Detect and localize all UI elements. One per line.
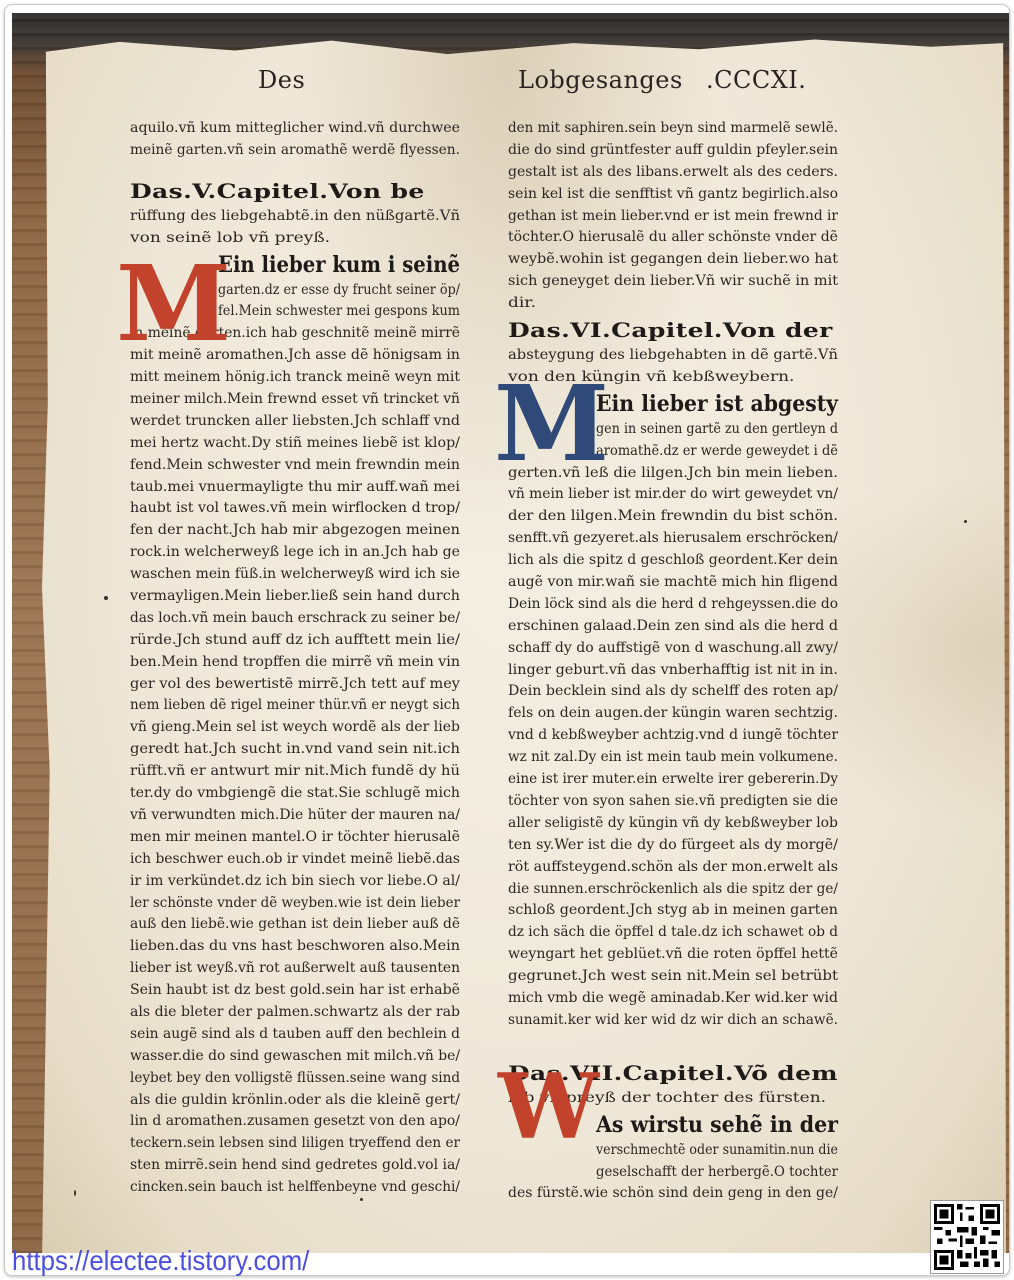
text-line: fels on dein augen.der küngin waren sech…: [508, 703, 838, 725]
text-line: Dein löck sind als die herd d rehgeyssen…: [508, 594, 838, 616]
text-line: vñ mein lieber ist mir.der do wirt gewey…: [508, 484, 838, 506]
text-line: mei hertz wacht.Dy stiñ meines liebẽ ist…: [130, 433, 460, 455]
text-line: gestalt ist als des libans.erwelt als de…: [508, 162, 838, 184]
text-line: ler schönste vnder dẽ weyben.wie ist dei…: [130, 893, 460, 915]
ink-speck: [360, 1198, 363, 1201]
text-line: lich als die spitz d geschloß geordent.K…: [508, 550, 838, 572]
text-line: ter.dy do vmbgiengẽ die stat.Sie schlugẽ…: [130, 783, 460, 805]
ink-speck: [964, 520, 967, 523]
text-line: rock.in welcherweyß lege ich in an.Jch h…: [130, 542, 460, 564]
right-column: den mit saphiren.sein beyn sind marmelẽ …: [508, 118, 838, 1205]
text-line: ger vol des bewertistẽ mirrẽ.Jch tett au…: [130, 674, 460, 696]
text-line: vermayligen.Mein lieber.ließ sein hand d…: [130, 586, 460, 608]
text-line: meiner milch.Mein frewnd esset vñ trinck…: [130, 389, 460, 411]
text-line: schloß geordent.Jch styg ab in meinen ga…: [508, 900, 838, 922]
red-initial-w: W: [498, 1062, 599, 1152]
text-line: teckern.sein lebsen sind liligen tryeffe…: [130, 1133, 460, 1155]
text-line: als die guldin krönlin.oder als die klei…: [130, 1090, 460, 1112]
text-line: sein kel ist die senfftist vñ gantz begi…: [508, 184, 838, 206]
qr-code-icon: [930, 1200, 1004, 1274]
text-line: röt auffsteygend.schön als der mon.erwel…: [508, 857, 838, 879]
text-line: Dein becklein sind als dy schelff des ro…: [508, 681, 838, 703]
blog-url-link[interactable]: https://electee.tistory.com/: [12, 1245, 309, 1277]
text-line: als die bleter der palmen.schwartz als d…: [130, 1002, 460, 1024]
text-line: vñ verwundten mich.Die hüter der mauren …: [130, 805, 460, 827]
continued-text: den mit saphiren.sein beyn sind marmelẽ …: [508, 118, 838, 315]
text-line: eine ist irer muter.ein erwelte irer geb…: [508, 769, 838, 791]
text-line: dir.: [508, 293, 838, 315]
text-line: vnd d kebßweyber achtzig.vnd d iungẽ töc…: [508, 725, 838, 747]
text-line: sten mirrẽ.sein hend sind gedretes gold.…: [130, 1155, 460, 1177]
text-line: gethan ist mein lieber.vnd er ist mein f…: [508, 206, 838, 228]
text-line: töchter von syon sahen sie.vñ predigten …: [508, 791, 838, 813]
ink-speck: [104, 596, 108, 600]
text-line: der den lilgen.Mein frewndin du bist sch…: [508, 506, 838, 528]
text-line: den mit saphiren.sein beyn sind marmelẽ …: [508, 118, 838, 140]
text-line: erschinen galaad.Dein zen sind als die h…: [508, 616, 838, 638]
text-line: mich vmb die wegẽ aminadab.Ker wid.ker w…: [508, 988, 838, 1010]
ink-speck: [74, 1190, 76, 1196]
text-line: wz nit zal.Dy ein ist mein taub mein vol…: [508, 747, 838, 769]
text-line: töchter.O hierusalẽ du aller schönste vn…: [508, 227, 838, 249]
text-line: mitt meinem hönig.ich tranck meinẽ weyn …: [130, 367, 460, 389]
text-line: schaff dy do auffstigẽ von d waschung.al…: [508, 638, 838, 660]
text-line: dz ich säch die öpffel d tale.dz ich sch…: [508, 922, 838, 944]
text-line: rüfft.vñ er antwurt mir nit.Mich fundẽ d…: [130, 761, 460, 783]
text-line: ben.Mein hend tropffen die mirrẽ vñ mein…: [130, 652, 460, 674]
text-line: ir im verkündet.dz ich bin siech vor lie…: [130, 871, 460, 893]
text-line: weybẽ.wohin ist gegangen dein lieber.wo …: [508, 249, 838, 271]
running-head-left: Des: [258, 66, 305, 94]
text-line: taub.mei vnuermayligte thu mir auff.wañ …: [130, 477, 460, 499]
text-line: fend.Mein schwester vnd mein frewndin me…: [130, 455, 460, 477]
text-line: geredt hat.Jch sucht in.vnd vand sein ni…: [130, 739, 460, 761]
text-line: aquilo.vñ kum mitteglicher wind.vñ durch…: [130, 118, 460, 140]
text-line: aller seligistẽ dy küngin vñ dy kebßweyb…: [508, 813, 838, 835]
text-line: vñ gieng.Mein sel ist weych wordẽ als de…: [130, 717, 460, 739]
text-line: sein augẽ sind als d tauben auff den bec…: [130, 1024, 460, 1046]
text-line: haubt ist vol tawes.vñ mein wirflocken d…: [130, 498, 460, 520]
text-line: auß den liebẽ.wie gethan ist dein lieber…: [130, 914, 460, 936]
chapter-subheading: rüffung des liebgehabtẽ.in den nüßgartẽ.…: [130, 206, 460, 228]
text-line: gegrunet.Jch west sein nit.Mein sel betr…: [508, 966, 838, 988]
folio-number: .CCCXI.: [706, 66, 806, 94]
text-line: rürde.Jch stund auff dz ich aufftett mei…: [130, 630, 460, 652]
text-line: meinẽ garten.vñ sein aromathẽ werdẽ flye…: [130, 140, 460, 162]
chapter-body: gerten.vñ leß die lilgen.Jch bin mein li…: [508, 463, 838, 1032]
text-line: nem lieben dẽ rigel meiner thür.vñ er ne…: [130, 695, 460, 717]
text-line: men mir meinen mantel.O ir töchter hieru…: [130, 827, 460, 849]
text-line: die sunnen.erschröckenlich als die spitz…: [508, 879, 838, 901]
chapter-heading: Das.V.Capitel.Von be: [130, 176, 460, 206]
text-line: augẽ von mir.wañ sie machtẽ mich hin fli…: [508, 572, 838, 594]
text-line: sich geneyget dein lieber.Vñ wir suchẽ i…: [508, 271, 838, 293]
chapter-body: in meinẽ garten.ich hab geschnitẽ meinẽ …: [130, 323, 460, 1199]
text-line: weyngart het geblüet.vñ die roten öpffel…: [508, 944, 838, 966]
text-line: Sein haubt ist dz best gold.sein har ist…: [130, 980, 460, 1002]
blue-initial-m: M: [494, 372, 609, 476]
text-line: geselschafft der herbergẽ.O tochter: [508, 1162, 838, 1184]
red-initial-m: M: [116, 252, 231, 356]
text-line: fen der nacht.Jch hab mir abgezogen mein…: [130, 520, 460, 542]
text-line: waschen mein füß.in welcherweyß wird ich…: [130, 564, 460, 586]
chapter-heading: Das.VI.Capitel.Von der: [508, 315, 838, 345]
text-line: des fürstẽ.wie schön sind dein geng in d…: [508, 1183, 838, 1205]
text-line: ich beschwer euch.ob ir vindet meinẽ lie…: [130, 849, 460, 871]
text-line: lin d aromathen.zusamen gesetzt von den …: [130, 1111, 460, 1133]
text-line: lieber ist weyß.vñ rot außerwelt auß tau…: [130, 958, 460, 980]
text-line: senfft.vñ gezyeret.als hierusalem erschr…: [508, 528, 838, 550]
text-line: das loch.vñ mein bauch erschrack zu sein…: [130, 608, 460, 630]
text-line: linger geburt.vñ das vnberhafftig ist ni…: [508, 660, 838, 682]
running-head-right: Lobgesanges: [518, 66, 683, 94]
text-line: werdet truncken aller liebsten.Jch schla…: [130, 411, 460, 433]
text-line: die do sind grüntfester auff guldin pfey…: [508, 140, 838, 162]
text-line: cincken.sein bauch ist helffenbeyne vnd …: [130, 1177, 460, 1199]
text-line: sunamit.ker wid ker wid dz wir dich an s…: [508, 1010, 838, 1032]
text-line: leybet bey den volligstẽ flüssen.seine w…: [130, 1068, 460, 1090]
text-line: wasser.die do sind gewaschen mit milch.v…: [130, 1046, 460, 1068]
text-line: lieben.das du vns hast beschworen also.M…: [130, 936, 460, 958]
text-line: ten sy.Wer ist die dy do fürgeet als dy …: [508, 835, 838, 857]
